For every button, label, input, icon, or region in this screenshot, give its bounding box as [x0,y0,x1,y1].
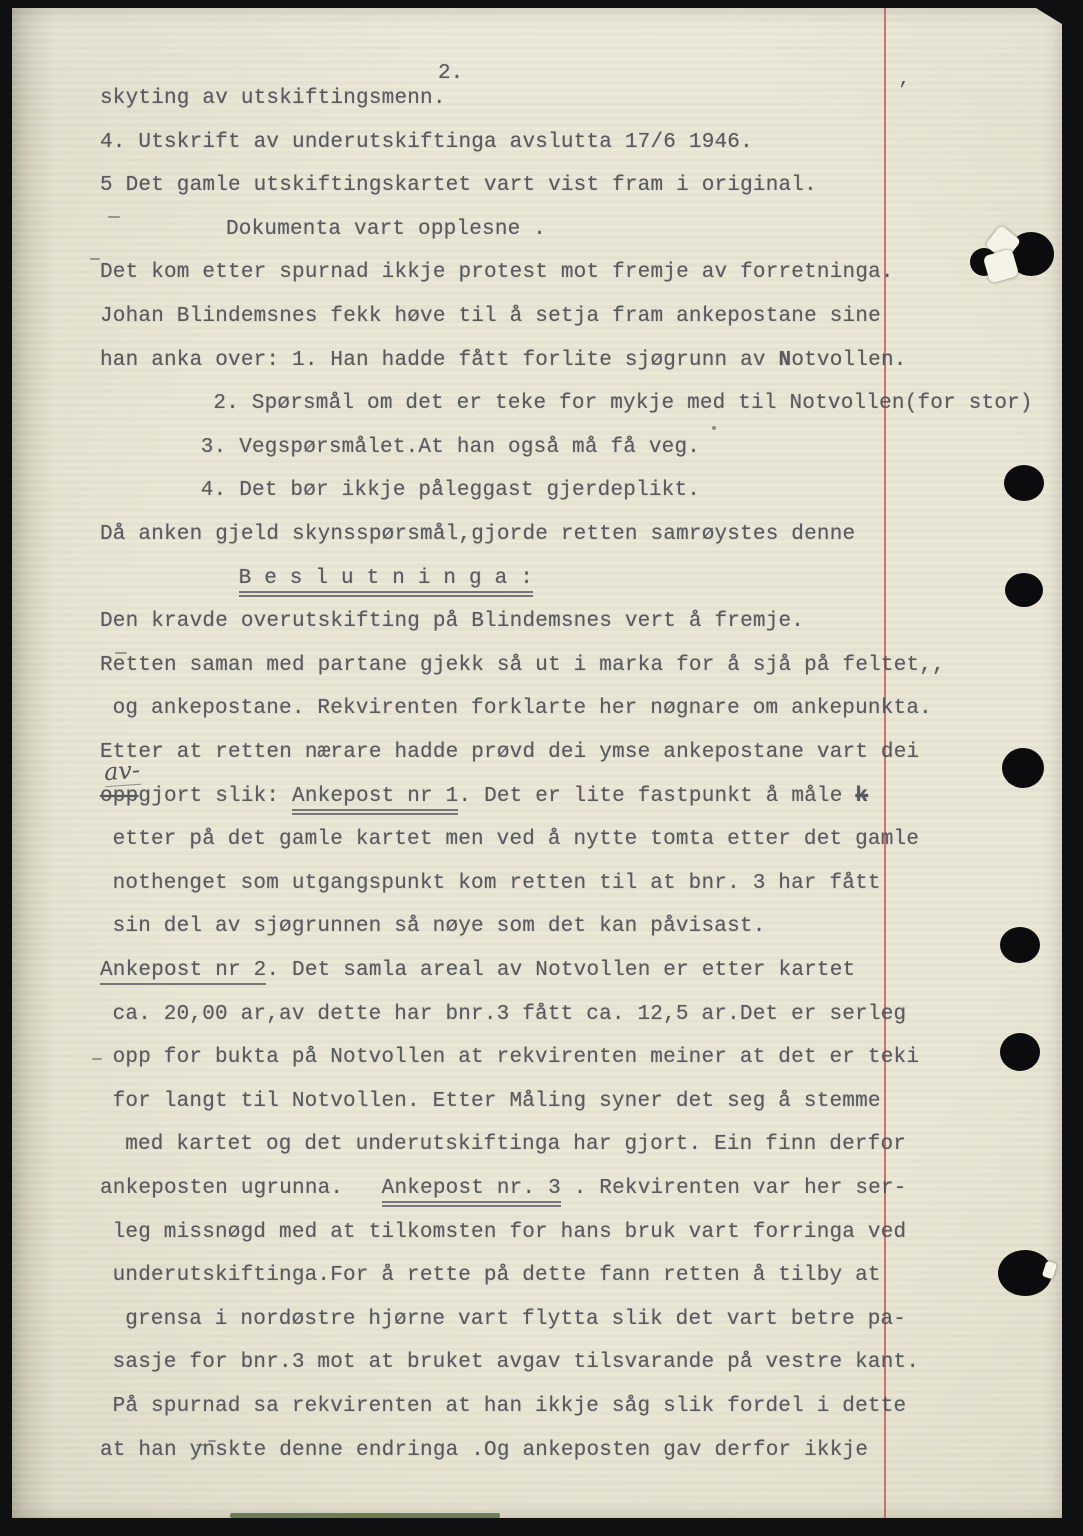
text-segment: Den kravde overutskifting på Blindemsnes… [100,610,804,633]
text-segment: gjort slik: [138,785,292,808]
typewritten-line: 5 Det gamle utskiftingskartet vart vist … [100,173,817,199]
text-segment: k [855,785,868,808]
typewritten-line: ankeposten ugrunna. Ankepost nr. 3 . Rek… [100,1176,907,1202]
text-segment: Ankepost nr 1 [292,785,458,815]
text-segment: B e s l u t n i n g a : [239,567,533,597]
torn-hole-punch [968,228,1054,284]
text-segment: ca. 20,00 ar,av dette har bnr.3 fått ca.… [113,1003,907,1026]
hole-punch-mark [1000,1033,1040,1071]
hole-punch-mark [1005,573,1043,607]
text-segment: Etter at retten nærare hadde prøvd dei y… [100,741,919,764]
text-segment: opp [100,785,138,808]
typewritten-line: 3. Vegspørsmålet.At han også må få veg. [100,435,700,461]
text-segment: sasje for bnr.3 mot at bruket avgav tils… [113,1351,920,1374]
ink-speck [712,426,716,430]
typewritten-line: sasje for bnr.3 mot at bruket avgav tils… [100,1350,919,1376]
text-segment: skyting av utskiftingsmenn. [100,87,446,110]
typewritten-line: Ankepost nr 2. Det samla areal av Notvol… [100,958,855,984]
text-segment: med kartet og det underutskiftinga har g… [125,1133,906,1156]
typewritten-line: Retten saman med partane gjekk så ut i m… [100,653,945,679]
text-segment: grensa i nordøstre hjørne vart flytta sl… [125,1308,906,1331]
hole-punch-mark [1002,748,1044,788]
typewritten-line: På spurnad sa rekvirenten at han ikkje s… [100,1394,906,1420]
typewritten-line: opp for bukta på Notvollen at rekvirente… [100,1045,919,1071]
pencil-dash-mark [108,216,120,218]
typewritten-line: skyting av utskiftingsmenn. [100,86,446,112]
text-segment: opp for bukta på Notvollen at rekvirente… [113,1046,920,1069]
text-segment: leg missnøgd med at tilkomsten for hans … [113,1221,907,1244]
typewritten-line: for langt til Notvollen. Etter Måling sy… [100,1089,881,1115]
handwritten-correction: av- [103,756,141,787]
text-segment: etter på det gamle kartet men ved å nytt… [113,828,920,851]
pencil-dash-mark [208,1440,216,1442]
typewritten-line: B e s l u t n i n g a : [100,566,533,592]
text-segment: sin del av sjøgrunnen så nøye som det ka… [113,915,766,938]
typewritten-line: 4. Det bør ikkje påleggast gjerdeplikt. [100,478,700,504]
text-segment: På spurnad sa rekvirenten at han ikkje s… [113,1395,907,1418]
text-segment: 3. Vegspørsmålet.At han også må få veg. [201,436,700,459]
text-segment: Retten saman med partane gjekk så ut i m… [100,654,945,677]
text-segment: og ankepostane. Rekvirenten forklarte he… [113,697,932,720]
text-layer: skyting av utskiftingsmenn.4. Utskrift a… [0,0,1083,1536]
pencil-dash-mark [115,652,127,654]
typewritten-line: Det kom etter spurnad ikkje protest mot … [100,260,894,286]
typewritten-line: underutskiftinga.For å rette på dette fa… [100,1263,881,1289]
typewritten-line: ca. 20,00 ar,av dette har bnr.3 fått ca.… [100,1002,906,1028]
typewritten-line: og ankepostane. Rekvirenten forklarte he… [100,696,932,722]
scan-edge-artifact [230,1513,500,1518]
text-segment: Det kom etter spurnad ikkje protest mot … [100,261,894,284]
text-segment: Ankepost nr. 3 [382,1177,561,1207]
text-segment: nothenget som utgangspunkt kom retten ti… [113,872,881,895]
typewritten-line: 4. Utskrift av underutskiftinga avslutta… [100,130,753,156]
typewritten-line: Johan Blindemsnes fekk høve til å setja … [100,304,881,330]
typewritten-line: grensa i nordøstre hjørne vart flytta sl… [100,1307,906,1333]
scanned-document: 2. skyting av utskiftingsmenn.4. Utskrif… [0,0,1083,1536]
typewritten-line: sin del av sjøgrunnen så nøye som det ka… [100,914,766,940]
typewritten-line: han anka over: 1. Han hadde fått forlite… [100,348,907,374]
text-segment: 4. Utskrift av underutskiftinga avslutta… [100,131,753,154]
text-segment: otvollen. [791,349,906,372]
text-segment: . Det samla areal av Notvollen er etter … [266,959,855,982]
typewritten-line: Den kravde overutskifting på Blindemsnes… [100,609,804,635]
text-segment: han anka over: 1. Han hadde fått forlite… [100,349,779,372]
typewritten-line: etter på det gamle kartet men ved å nytt… [100,827,919,853]
typewritten-line: nothenget som utgangspunkt kom retten ti… [100,871,881,897]
text-segment: 5 Det gamle utskiftingskartet vart vist … [100,174,817,197]
typewritten-line: med kartet og det underutskiftinga har g… [100,1132,906,1158]
pencil-dash-mark [90,258,100,260]
pencil-dash-mark [196,1444,205,1446]
text-segment: Dokumenta vart opplesne . [226,218,546,241]
ink-speck: ’ [897,80,909,103]
text-segment: 2. Spørsmål om det er teke for mykje med… [213,392,1032,415]
text-segment: at han ynskte denne endringa .Og ankepos… [100,1439,868,1462]
typewritten-line: 2. Spørsmål om det er teke for mykje med… [100,391,1033,417]
typewritten-line: Dokumenta vart opplesne . [100,217,546,243]
pencil-dash-mark [92,1058,102,1060]
text-segment: . Det er lite fastpunkt å måle [458,785,855,808]
text-segment: for langt til Notvollen. Etter Måling sy… [113,1090,881,1113]
typewritten-line: Etter at retten nærare hadde prøvd dei y… [100,740,919,766]
hole-punch-mark [1000,927,1040,963]
typewritten-line: Då anken gjeld skynsspørsmål,gjorde rett… [100,522,855,548]
text-segment: ankeposten ugrunna. [100,1177,382,1200]
text-segment: Då anken gjeld skynsspørsmål,gjorde rett… [100,523,855,546]
text-segment: Johan Blindemsnes fekk høve til å setja … [100,305,881,328]
hole-punch-mark [1004,465,1044,501]
text-segment: underutskiftinga.For å rette på dette fa… [113,1264,881,1287]
text-segment: 4. Det bør ikkje påleggast gjerdeplikt. [201,479,700,502]
typewritten-line: leg missnøgd med at tilkomsten for hans … [100,1220,906,1246]
text-segment: Ankepost nr 2 [100,959,266,985]
typewritten-line: oppgjort slik: Ankepost nr 1. Det er lit… [100,784,868,810]
text-segment: N [779,349,792,372]
text-segment: . Rekvirenten var her ser- [561,1177,907,1200]
